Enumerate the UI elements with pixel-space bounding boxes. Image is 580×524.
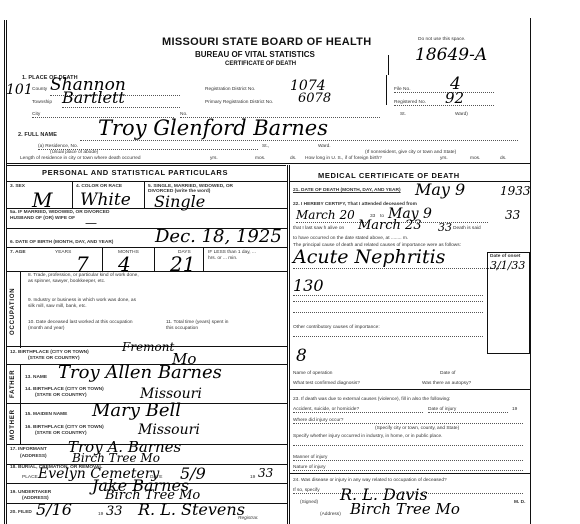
dob-value: Dec. 18, 1925 — [155, 226, 282, 247]
sex-label: 3. SEX — [10, 184, 25, 189]
length-ds: ds. — [290, 156, 296, 161]
informant-label: 17. INFORMANT — [10, 447, 47, 452]
contributory-label: Other contributory causes of importance: — [293, 325, 380, 330]
date-injury-year: 19 — [512, 407, 517, 412]
extra-value-2: 8 — [296, 346, 307, 366]
spouse-label: 5a. IF MARRIED, WIDOWED, OR DIVORCED HUS… — [10, 210, 130, 221]
birthplace-label: 12. BIRTHPLACE (CITY OR TOWN) — [10, 350, 89, 355]
date-of-death-value: May 9 — [415, 180, 465, 199]
col-line — [20, 364, 21, 404]
registrar-label: Registrar. — [238, 516, 259, 521]
bureau-title: BUREAU OF VITAL STATISTICS — [195, 50, 315, 59]
specify-city-label: (Specify city or town, county, and State… — [375, 426, 459, 431]
mother-birthplace-value: Missouri — [138, 422, 200, 438]
us-ds: ds. — [500, 156, 506, 161]
last-saw-year: 33 — [438, 221, 452, 234]
right-border — [530, 18, 531, 524]
burial-year-value: 33 — [258, 466, 273, 480]
age-years-label: YEARS — [55, 250, 71, 255]
mother-state-label: (STATE OR COUNTRY) — [35, 431, 87, 436]
autopsy-label: Was there an autopsy? — [422, 381, 471, 386]
township-value: Bartlett — [62, 88, 180, 108]
operation-label: Name of operation — [293, 371, 332, 376]
full-name-value: Troy Glenford Barnes — [80, 116, 518, 141]
age-days-value: 21 — [170, 252, 195, 276]
color-value: White — [80, 190, 131, 210]
row-line — [6, 208, 287, 209]
occupation-side-label: OCCUPATION — [10, 288, 16, 335]
col-line — [72, 181, 73, 208]
death-said-label: Death is said — [453, 226, 481, 231]
blank-line — [293, 312, 483, 313]
certificate-subtitle: CERTIFICATE OF DEATH — [225, 61, 296, 67]
col-line — [154, 247, 155, 271]
file-no-label: File No. — [394, 87, 494, 93]
certificate-number: 18649-A — [415, 45, 487, 65]
informant-address-value: Birch Tree Mo — [72, 451, 160, 465]
father-name-value: Troy Allen Barnes — [58, 362, 222, 383]
registered-no-label: Registered No. — [394, 100, 494, 106]
length-residence-label: Length of residence in city or town wher… — [20, 156, 141, 161]
father-side-label: FATHER — [10, 370, 16, 398]
undertaker-label: 19. UNDERTAKER — [10, 490, 51, 495]
last-saw-label: that I last saw h alive on — [293, 226, 344, 231]
filed-label: 20. FILED — [10, 510, 32, 515]
length-yrs: yrs. — [210, 156, 218, 161]
row-line — [289, 181, 530, 182]
medical-section-title: MEDICAL CERTIFICATE OF DEATH — [318, 171, 460, 180]
header-divider — [388, 55, 389, 75]
full-name-label: 2. FULL NAME — [18, 132, 57, 138]
md-label: M. D. — [514, 500, 525, 505]
row-line — [6, 271, 287, 272]
extra-value-1: 130 — [293, 276, 483, 296]
filed-year-prefix: 19 — [98, 512, 103, 517]
death-certificate: MISSOURI STATE BOARD OF HEALTH BUREAU OF… — [0, 0, 580, 524]
nonresident-note: (If nonresident, give city or town and S… — [365, 150, 456, 155]
dob-label: 6. DATE OF BIRTH (MONTH, DAY, AND YEAR) — [10, 240, 113, 245]
center-divider — [287, 165, 288, 524]
cause-of-death-value: Acute Nephritis — [293, 246, 503, 269]
mother-side-label: MOTHER — [10, 409, 16, 440]
mother-maiden-value: Mary Bell — [92, 400, 181, 421]
blank-line — [293, 301, 483, 302]
informant-address-label: (ADDRESS) — [20, 454, 47, 459]
us-yrs: yrs. — [440, 156, 448, 161]
date-of-operation-label: Date of — [440, 371, 455, 376]
physician-address-value: Birch Tree Mo — [350, 500, 460, 518]
less-than-day-label: IF LESS than 1 day, ... hrs. or ... min. — [208, 250, 263, 262]
row-line — [289, 389, 530, 390]
filed-year-value: 33 — [106, 504, 123, 519]
where-injury-label: Where did injury occur? — [293, 418, 523, 424]
registered-no-value: 92 — [445, 89, 464, 107]
external-causes-label: 23. If death was due to external causes … — [293, 397, 450, 402]
margin-note: 101 — [6, 82, 33, 98]
residence-st-label: St., — [262, 144, 269, 149]
mother-birthplace-label: 16. BIRTHPLACE (CITY OR TOWN) — [25, 425, 104, 430]
residence-ward-label: Ward. — [318, 144, 331, 149]
filed-date-value: 5/16 — [36, 500, 72, 519]
col-line — [102, 247, 103, 271]
primary-registration-label: Primary Registration District No. — [205, 100, 273, 105]
col-line — [203, 247, 204, 271]
blank-line — [293, 445, 523, 446]
row-line — [6, 181, 287, 182]
occupation-related-label: 24. Was disease or injury in any way rel… — [293, 478, 447, 483]
left-border — [4, 20, 5, 524]
father-birthplace-label: 14. BIRTHPLACE (CITY OR TOWN) — [25, 387, 104, 392]
burial-year-prefix: 19 — [250, 475, 255, 480]
total-time-label: 11. Total time (years) spent in this occ… — [166, 320, 236, 332]
burial-place-label: PLACE — [22, 475, 38, 480]
row-line — [6, 247, 287, 248]
township-label: Township — [32, 100, 52, 105]
section-divider — [6, 163, 530, 164]
manner-label: Manner of injury — [293, 455, 523, 461]
last-saw-value: March 23 — [358, 218, 422, 233]
col-line — [20, 403, 21, 445]
registrar-signature: R. L. Stevens — [138, 500, 245, 519]
county-label: County — [32, 87, 47, 92]
row-line — [289, 473, 530, 474]
signed-label: (Signed) — [300, 500, 318, 505]
us-length-label: How long in U. S., if of foreign birth? — [305, 156, 382, 161]
mother-maiden-label: 15. MAIDEN NAME — [25, 412, 67, 417]
address-label: (Address) — [320, 512, 341, 517]
primary-registration-value: 6078 — [298, 91, 331, 106]
blank-line — [293, 336, 483, 337]
confirm-diagnosis-label: What test confirmed diagnosis? — [293, 381, 360, 386]
center-divider-2 — [289, 165, 290, 524]
date-injury-label: Date of injury — [428, 407, 508, 413]
father-state-label: (STATE OR COUNTRY) — [35, 393, 87, 398]
nature-label: Nature of injury — [293, 465, 523, 471]
date-of-death-year: 1933 — [500, 184, 531, 198]
header-divider-2 — [386, 75, 387, 105]
accident-label: Accident, suicide, or homicide? — [293, 407, 423, 413]
length-mos: mos. — [255, 156, 265, 161]
color-label: 4. COLOR OR RACE — [76, 184, 122, 189]
certificate-title: MISSOURI STATE BOARD OF HEALTH — [162, 36, 371, 48]
attended-to-year: 33 — [505, 208, 520, 222]
col-line — [20, 271, 21, 348]
age-label: 7. AGE — [10, 250, 26, 255]
onset-value: 3/1/33 — [490, 259, 525, 272]
date-last-worked-label: 10. Date deceased last worked at this oc… — [28, 320, 138, 332]
do-not-use-label: Do not use this space. — [418, 37, 465, 42]
registration-district-label: Registration District No. — [205, 87, 255, 92]
trade-label: 8. Trade, profession, or particular kind… — [28, 273, 140, 285]
section-divider-2 — [6, 165, 286, 166]
us-mos: mos. — [470, 156, 480, 161]
personal-section-title: PERSONAL AND STATISTICAL PARTICULARS — [42, 168, 228, 177]
birthplace-city-value: Fremont — [122, 340, 174, 354]
birthplace-state-label: (STATE OR COUNTRY) — [28, 356, 80, 361]
father-name-label: 13. NAME — [25, 375, 47, 380]
usual-abode-label: (Usual place of abode) — [50, 150, 98, 155]
occurred-label: to have occurred on the date stated abov… — [293, 236, 408, 241]
date-of-death-label: 21. DATE OF DEATH (MONTH, DAY, AND YEAR) — [293, 188, 401, 193]
industry-label: 9. Industry or business in which work wa… — [28, 298, 140, 310]
specify-where-label: Specify whether injury occurred in indus… — [293, 434, 443, 439]
col-line — [144, 181, 145, 208]
